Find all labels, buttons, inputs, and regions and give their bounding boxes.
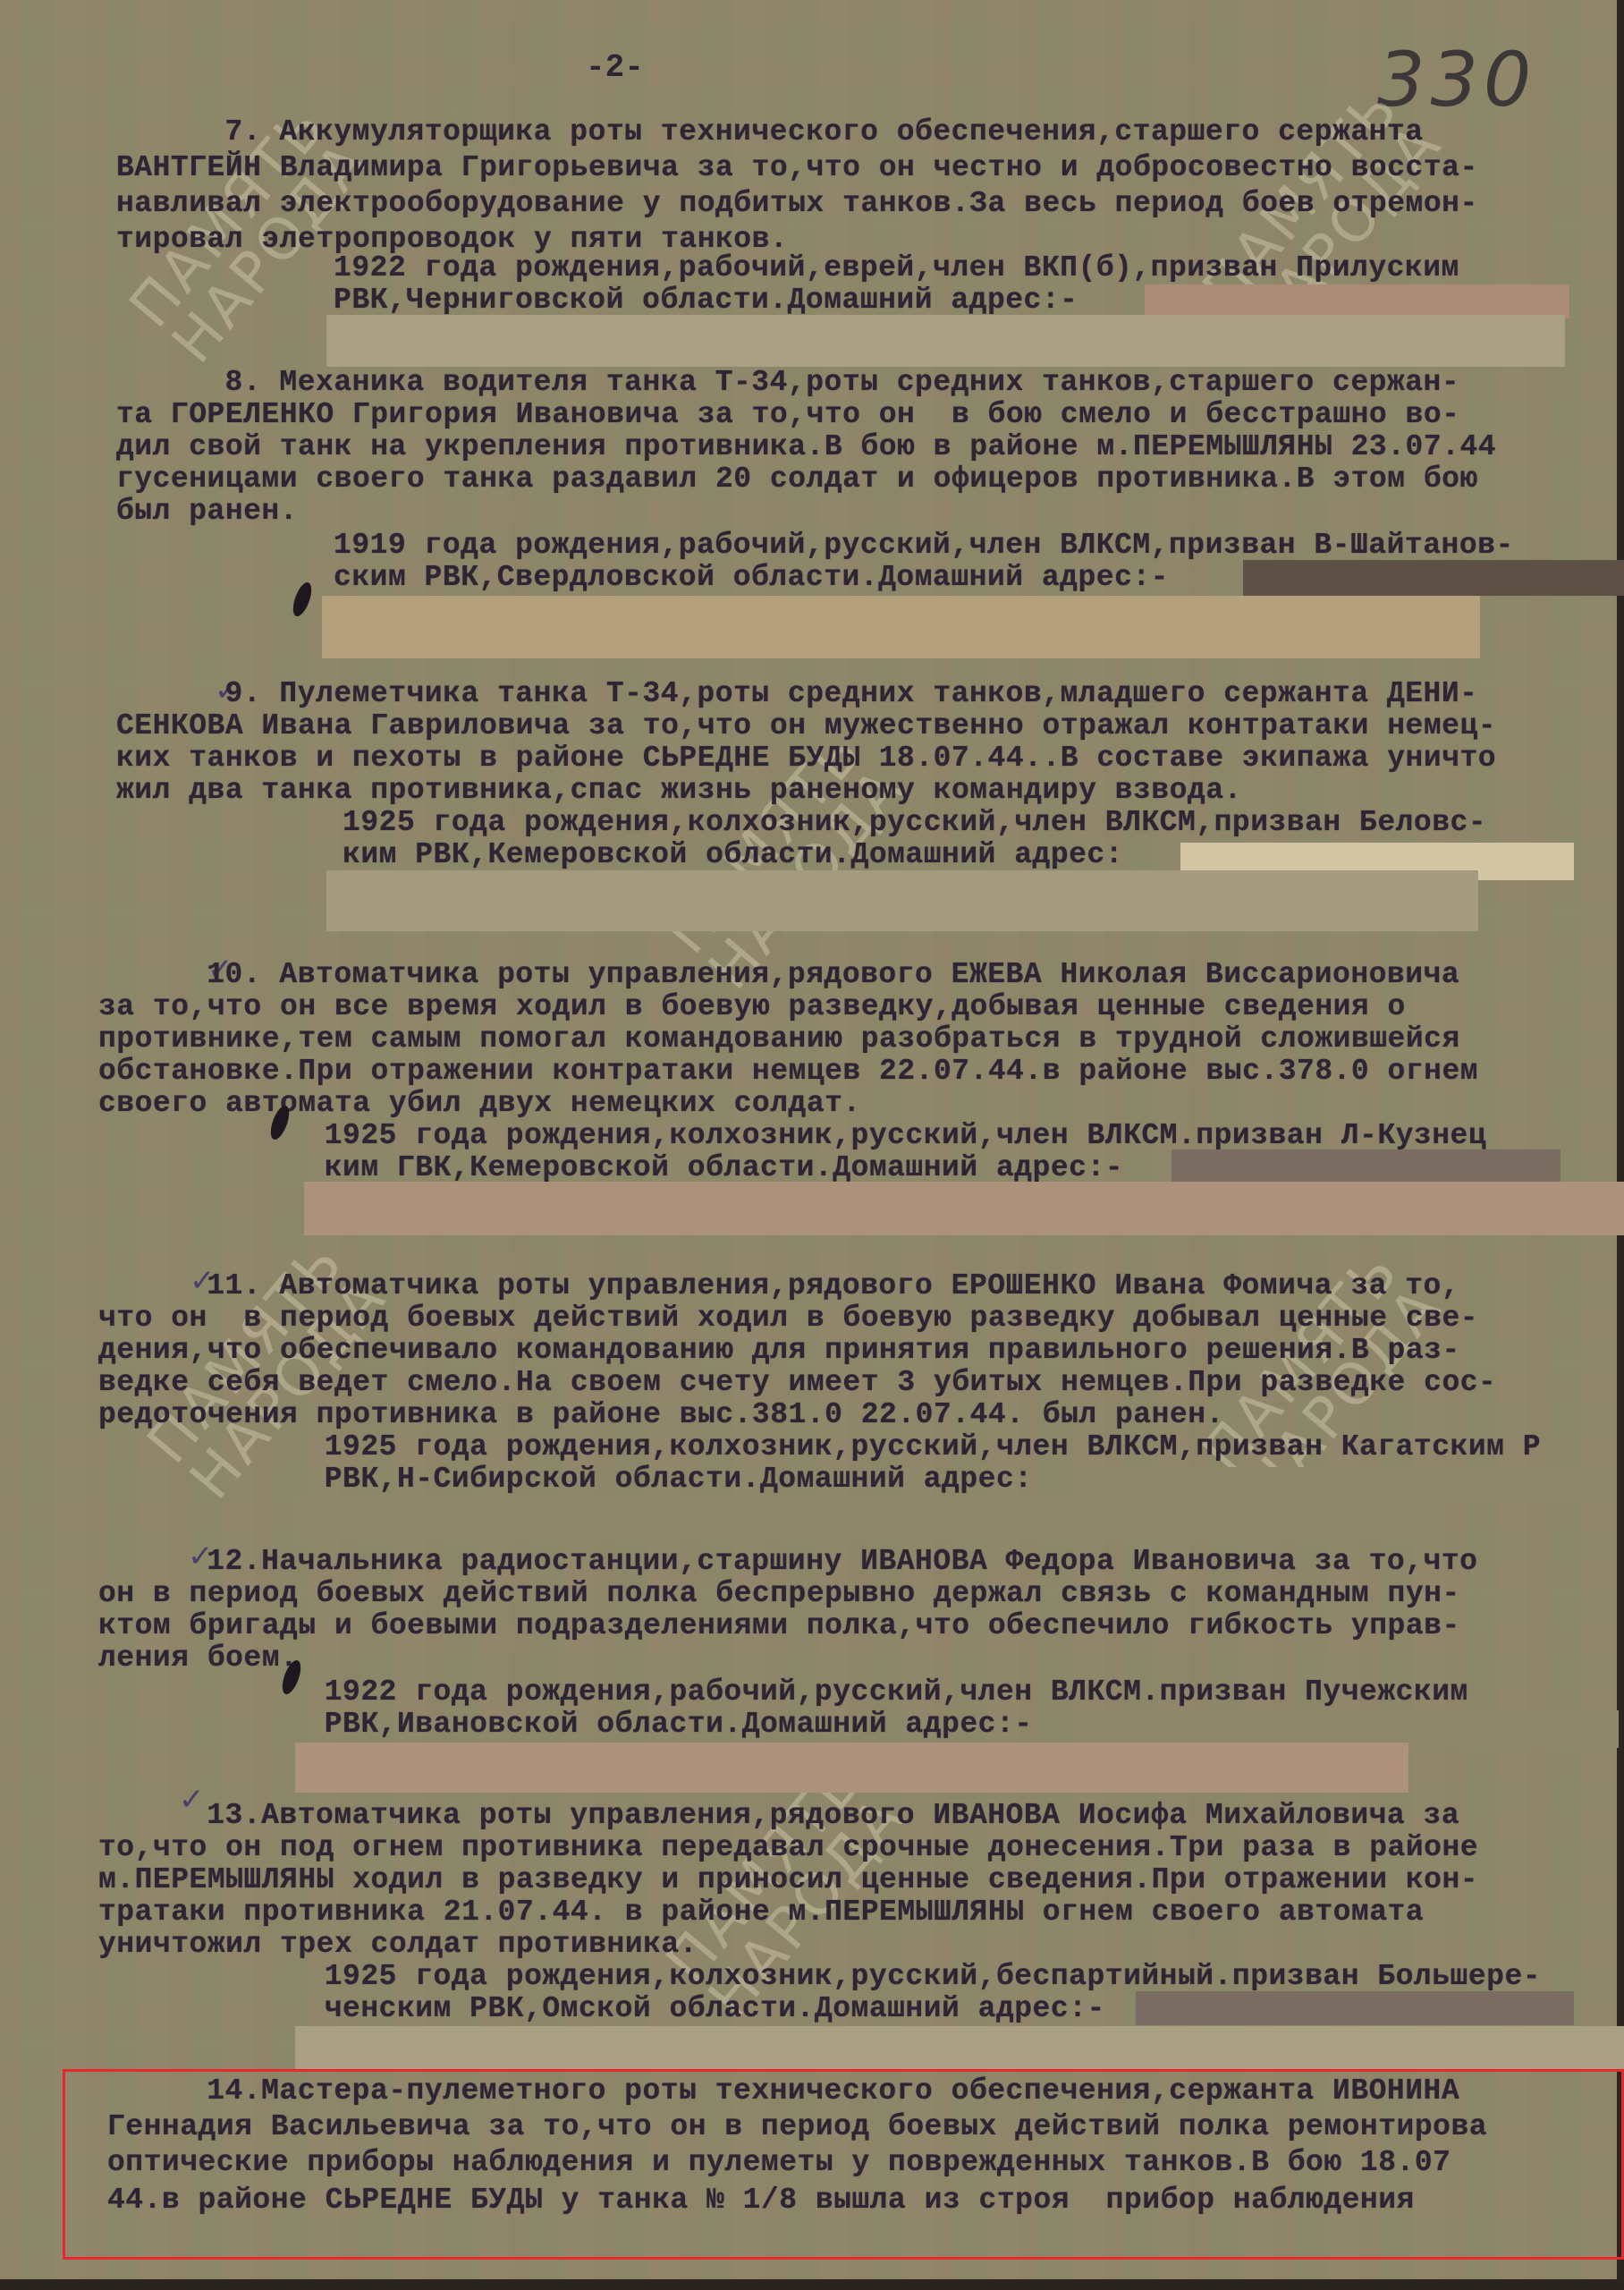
entry-line: он в период боевых действий полка беспре…	[98, 1576, 1460, 1612]
entry-line: обстановке.При отражении контратаки немц…	[98, 1054, 1478, 1090]
redacted-address	[1243, 560, 1624, 596]
entry-line: дил свой танк на укрепления противника.В…	[116, 429, 1496, 465]
redacted-address	[295, 2026, 1624, 2069]
entry-line: 1925 года рождения,колхозник,русский,чле…	[161, 1118, 1486, 1154]
entry-line: ктом бригады и боевыми подразделениями п…	[98, 1608, 1460, 1644]
entry-line: СЕНКОВА Ивана Гавриловича за то,что он м…	[116, 708, 1496, 744]
entry-line: 1922 года рождения,рабочий,русский,член …	[161, 1675, 1468, 1710]
entry-line: м.ПЕРЕМЫШЛЯНЫ ходил в разведку и приноси…	[98, 1862, 1478, 1898]
entry-line: 8. Механика водителя танка Т-34,роты сре…	[134, 365, 1459, 401]
entry-line: РВК,Н-Сибирской области.Домашний адрес:	[161, 1462, 1033, 1497]
entry-line: ВАНТГЕЙН Владимира Григорьевича за то,чт…	[116, 150, 1478, 186]
entry-line: 10. Автоматчика роты управления,рядового…	[134, 957, 1459, 993]
entry-line: ких танков и пехоты в районе СЬРЕДНЕ БУД…	[116, 741, 1496, 776]
entry-line: своего автомата убил двух немецких солда…	[98, 1086, 861, 1122]
highlight-box	[63, 2069, 1624, 2260]
redacted-address	[326, 315, 1565, 367]
entry-line: 9. Пулеметчика танка Т-34,роты средних т…	[134, 676, 1477, 712]
entry-line: жил два танка противника,спас жизнь ране…	[116, 773, 1242, 809]
entry-line: 1925 года рождения,колхозник,русский,чле…	[161, 1429, 1541, 1465]
entry-line: что он в период боевых действий ходил в …	[98, 1301, 1478, 1336]
entry-line: РВК,Черниговской области.Домашний адрес:…	[152, 283, 1078, 318]
entry-line: 7. Аккумуляторщика роты технического обе…	[134, 114, 1424, 150]
entry-line: ления боем.	[98, 1641, 298, 1676]
entry-line: тратаки противника 21.07.44. в районе м.…	[98, 1895, 1424, 1930]
entry-line: за то,что он все время ходил в боевую ра…	[98, 989, 1406, 1025]
entry-line: 11. Автоматчика роты управления,рядового…	[134, 1268, 1459, 1304]
entry-line: редоточения противника в районе выс.381.…	[98, 1397, 1224, 1433]
page-number: -2-	[586, 49, 644, 86]
document-page: -2- 330 ПАМЯТЬ НАРОДА ПАМЯТЬ НАРОДА ПАМЯ…	[0, 0, 1622, 2279]
redacted-address	[1136, 1991, 1574, 2025]
entry-line: ким ГВК,Кемеровской области.Домашний адр…	[161, 1150, 1123, 1186]
entry-line: 12.Начальника радиостанции,старшину ИВАН…	[134, 1544, 1477, 1580]
entry-line: 1925 года рождения,колхозник,русский,чле…	[161, 805, 1486, 841]
entry-line: 1922 года рождения,рабочий,еврей,член ВК…	[152, 250, 1459, 286]
entry-line: ведке себя ведет смело.На своем счету им…	[98, 1365, 1496, 1401]
redacted-address	[322, 596, 1480, 658]
entry-line: РВК,Ивановской области.Домашний адрес:-	[161, 1707, 1033, 1743]
entry-line: то,что он под огнем противника передавал…	[98, 1830, 1478, 1866]
redacted-address	[295, 1743, 1408, 1793]
entry-line: 1919 года рождения,рабочий,русский,член …	[152, 528, 1514, 564]
redacted-address	[326, 870, 1478, 931]
entry-line: противнике,тем самым помогал командовани…	[98, 1022, 1460, 1057]
entry-line: 13.Автоматчика роты управления,рядового …	[134, 1798, 1459, 1834]
entry-line: дения,что обеспечивало командованию для …	[98, 1333, 1460, 1369]
entry-line: был ранен.	[116, 494, 298, 530]
entry-line: навливал электрооборудование у подбитых …	[116, 186, 1478, 222]
entry-line: гусеницами своего танка раздавил 20 солд…	[116, 462, 1478, 497]
entry-line: уничтожил трех солдат противника.	[98, 1927, 698, 1963]
redacted-address	[1171, 1149, 1561, 1182]
redacted-address	[295, 1496, 1444, 1540]
entry-line: та ГОРЕЛЕНКО Григория Ивановича за то,чт…	[116, 397, 1459, 433]
redacted-address	[1145, 284, 1569, 318]
redacted-address	[304, 1182, 1624, 1235]
entry-line: ким РВК,Кемеровской области.Домашний адр…	[161, 837, 1123, 873]
entry-line: ченским РВК,Омской области.Домашний адре…	[161, 1991, 1105, 2027]
entry-line: 1925 года рождения,колхозник,русский,бес…	[161, 1959, 1541, 1995]
